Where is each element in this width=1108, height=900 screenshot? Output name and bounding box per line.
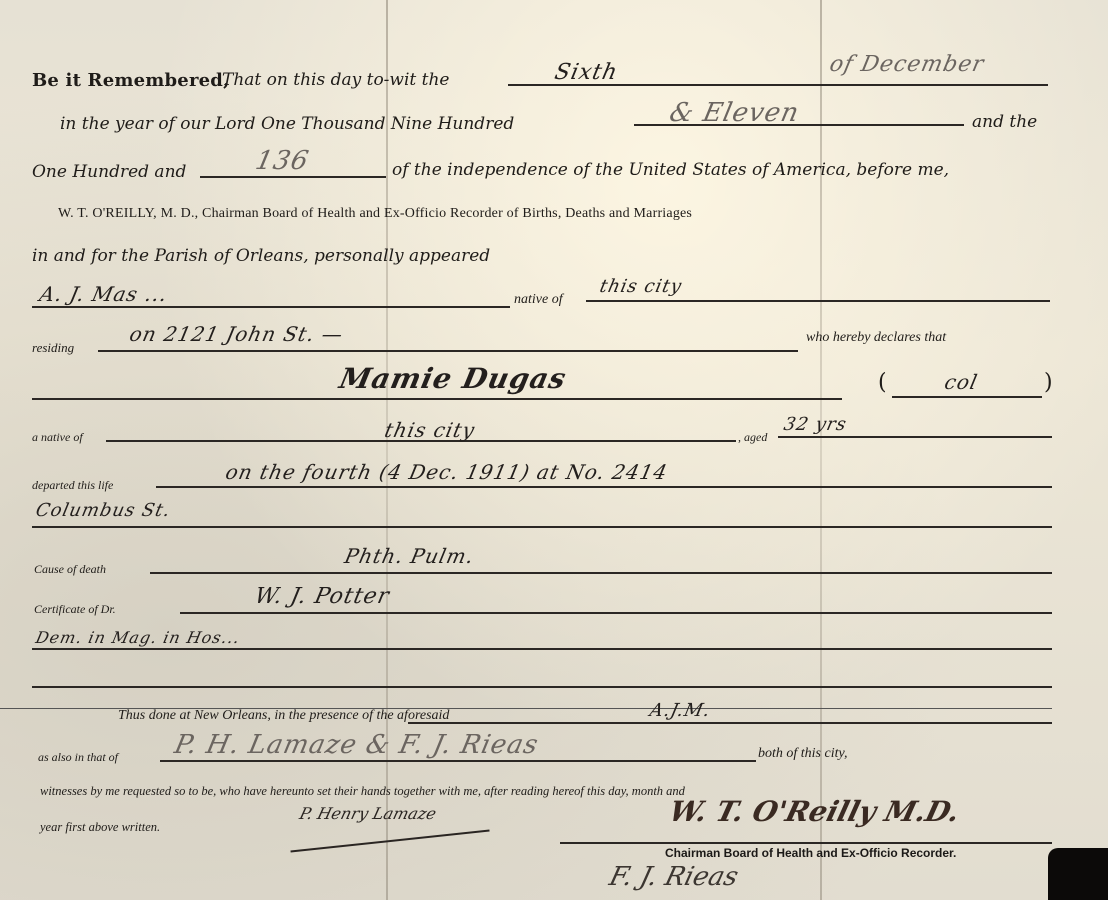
fill-line-witnesses: [160, 760, 756, 762]
closing-line-2-suffix: both of this city,: [758, 746, 847, 762]
hand-age: 32 yrs: [782, 414, 849, 435]
hand-month: of December: [827, 52, 986, 77]
closing-line-4: year first above written.: [40, 820, 160, 835]
departed-label: departed this life: [32, 478, 113, 493]
torn-corner-shadow: [1048, 848, 1108, 900]
fill-line-appearer: [32, 306, 510, 308]
hand-deceased-name: Mamie Dugas: [336, 362, 569, 395]
hand-independence-number: 136: [253, 146, 312, 176]
fill-line-native: [586, 300, 1050, 302]
signature-recorder: W. T. O'Reilly M.D.: [666, 795, 963, 828]
signature-witness-1: P. Henry Lamaze: [298, 804, 439, 823]
hand-cause: Phth. Pulm.: [342, 544, 476, 568]
fill-line-deceased: [32, 398, 842, 400]
hand-departed-cont: Columbus St.: [34, 500, 173, 521]
independence-text: of the independence of the United States…: [392, 160, 949, 180]
signature-witness-2: F. J. Rieas: [606, 862, 741, 892]
declares-text: who hereby declares that: [806, 330, 946, 346]
intro-text: That on this day to-wit the: [222, 70, 450, 90]
a-native-of-label: a native of: [32, 430, 83, 445]
fill-line-departed: [156, 486, 1052, 488]
paren-open: (: [878, 370, 887, 395]
residing-label: residing: [32, 340, 74, 356]
closing-line-1: Thus done at New Orleans, in the presenc…: [118, 708, 449, 724]
paper-fold-crease: [820, 0, 822, 900]
hand-native-of: this city: [382, 418, 477, 442]
year-text: in the year of our Lord One Thousand Nin…: [60, 114, 514, 134]
closing-line-3: witnesses by me requested so to be, who …: [40, 784, 685, 799]
recorder-title: Chairman Board of Health and Ex-Officio …: [665, 846, 956, 860]
fill-line-blank: [32, 686, 1052, 688]
aged-label: , aged: [738, 430, 767, 445]
hand-aforesaid: A.J.M.: [648, 700, 713, 721]
hand-day: Sixth: [552, 60, 620, 85]
hand-witnesses: P. H. Lamaze & F. J. Rieas: [172, 730, 542, 760]
hand-residing: on 2121 John St. —: [127, 322, 345, 346]
hand-race: col: [942, 370, 980, 394]
closing-line-2-prefix: as also in that of: [38, 750, 118, 765]
parish-text: in and for the Parish of Orleans, person…: [32, 246, 490, 266]
paper-fold-crease: [386, 0, 388, 900]
fill-line-independence: [200, 176, 386, 178]
fill-line-certificate: [180, 612, 1052, 614]
fill-line-age: [778, 436, 1052, 438]
fill-line-aforesaid: [408, 722, 1052, 724]
certificate-label: Certificate of Dr.: [34, 602, 116, 617]
and-the-text: and the: [972, 112, 1037, 132]
fill-line-departed-cont: [32, 526, 1052, 528]
paren-close: ): [1044, 370, 1053, 395]
recorder-text: W. T. O'REILLY, M. D., Chairman Board of…: [58, 206, 692, 222]
fill-line-cause: [150, 572, 1052, 574]
fill-line-race: [892, 396, 1042, 398]
hand-appearer: A. J. Mas ...: [37, 282, 170, 306]
native-of-label: native of: [514, 292, 563, 308]
fill-line-residing: [98, 350, 798, 352]
hand-note: Dem. in Mag. in Hos...: [34, 628, 242, 647]
hand-year: & Eleven: [667, 98, 802, 128]
heading-be-it-remembered: Be it Remembered,: [32, 70, 230, 91]
hand-certificate-doctor: W. J. Potter: [252, 584, 392, 609]
document-paper: [0, 0, 1108, 900]
hand-departed: on the fourth (4 Dec. 1911) at No. 2414: [223, 460, 670, 484]
one-hundred-text: One Hundred and: [32, 162, 186, 182]
fill-line-note: [32, 648, 1052, 650]
cause-of-death-label: Cause of death: [34, 562, 106, 577]
hand-appearer-native: this city: [598, 276, 684, 297]
signature-line-recorder: [560, 842, 1052, 844]
